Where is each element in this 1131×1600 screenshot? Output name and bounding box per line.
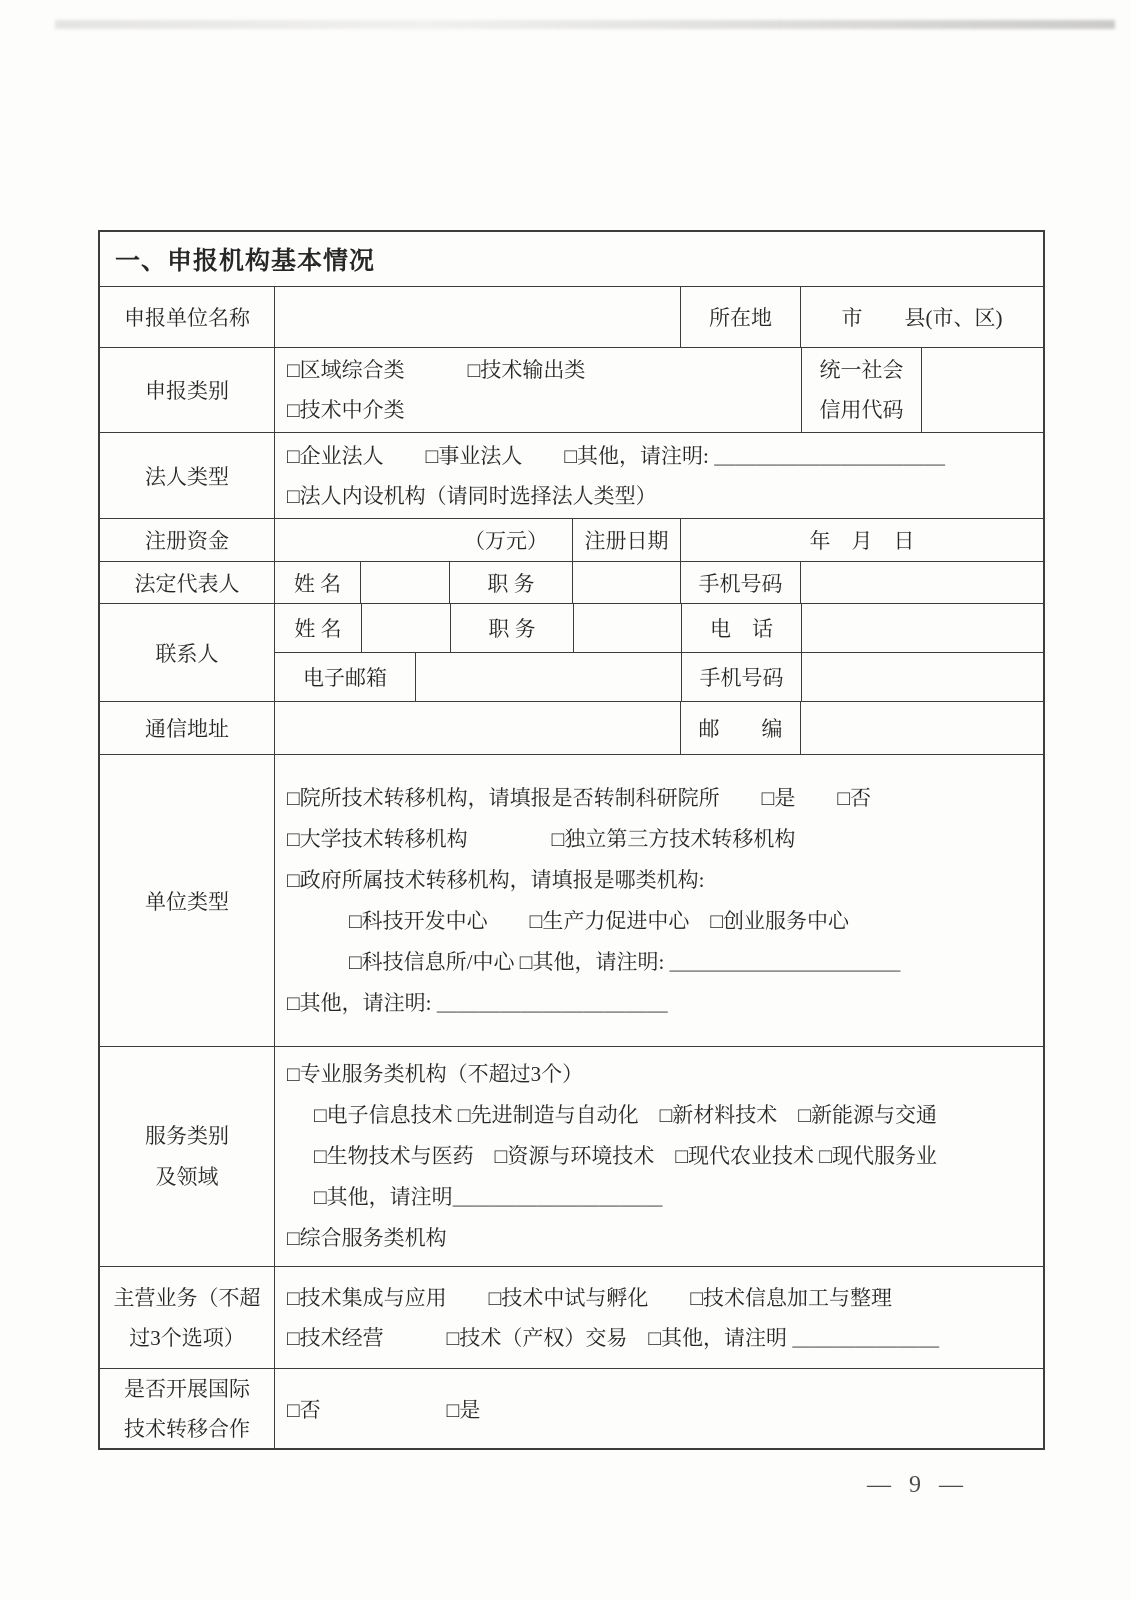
main-business-label: 主营业务（不超 过3个选项） [100,1267,274,1368]
row-mailing-address: 通信地址 邮 编 [100,702,1043,755]
row-service-category: 服务类别 及领域 □专业服务类机构（不超过3个） □电子信息技术 □先进制造与自… [100,1047,1043,1267]
checkbox-line: □大学技术转移机构 □独立第三方技术转移机构 [287,819,795,860]
checkbox-line: □专业服务类机构（不超过3个） [287,1054,583,1095]
checkbox-line: □科技开发中心 □生产力促进中心 □创业服务中心 [287,901,849,942]
rep-title-label: 职 务 [449,562,572,603]
contact-tel-value [801,604,1043,652]
unit-type-options: □院所技术转移机构，请填报是否转制科研院所 □是 □否 □大学技术转移机构 □独… [274,755,1043,1046]
credit-code-label: 统一社会 信用代码 [801,348,921,432]
checkbox-line: □生物技术与医药 □资源与环境技术 □现代农业技术 □现代服务业 [287,1136,937,1177]
scan-artifact [55,20,1115,29]
checkbox-line: □综合服务类机构 [287,1218,447,1259]
row-international-cooperation: 是否开展国际 技术转移合作 □否 □是 [100,1369,1043,1449]
service-category-options: □专业服务类机构（不超过3个） □电子信息技术 □先进制造与自动化 □新材料技术… [274,1047,1043,1266]
checkbox-line: □院所技术转移机构，请填报是否转制科研院所 □是 □否 [287,778,871,819]
international-cooperation-label: 是否开展国际 技术转移合作 [100,1369,274,1449]
registered-capital-unit: （万元） [274,519,572,561]
checkbox-line: □技术集成与应用 □技术中试与孵化 □技术信息加工与整理 [287,1278,892,1318]
credit-code-value [921,348,1043,432]
location-label: 所在地 [680,287,800,347]
row-main-business: 主营业务（不超 过3个选项） □技术集成与应用 □技术中试与孵化 □技术信息加工… [100,1267,1043,1369]
page-number: — 9 — [845,1472,985,1499]
checkbox-line: □技术中介类 [287,390,405,430]
section-title-row: 一、申报机构基本情况 [100,232,1043,287]
application-category-options: □区域综合类 □技术输出类 □技术中介类 [274,348,801,432]
checkbox-line: □区域综合类 □技术输出类 [287,350,585,390]
checkbox-line: □企业法人 □事业法人 □其他，请注明: ＿＿＿＿＿＿＿＿＿＿＿ [287,436,945,476]
service-category-label: 服务类别 及领域 [100,1047,274,1266]
rep-phone-value [800,562,1043,603]
contact-tel-label: 电 话 [681,604,801,652]
rep-name-value [360,562,449,603]
contact-title-label: 职 务 [450,604,573,652]
row-unit-type: 单位类型 □院所技术转移机构，请填报是否转制科研院所 □是 □否 □大学技术转移… [100,755,1043,1047]
contact-phone-value [801,653,1043,701]
contact-email-value [415,653,681,701]
mailing-address-value [274,702,680,754]
international-cooperation-options: □否 □是 [274,1369,1043,1449]
row-registered-capital: 注册资金 （万元） 注册日期 年 月 日 [100,519,1043,562]
mailing-address-label: 通信地址 [100,702,274,754]
legal-entity-type-label: 法人类型 [100,433,274,518]
application-category-label: 申报类别 [100,348,274,432]
postal-code-value [800,702,1043,754]
row-org-name: 申报单位名称 所在地 市 县(市、区) [100,287,1043,348]
org-name-value [274,287,680,347]
section-title: 一、申报机构基本情况 [115,241,375,277]
contact-phone-label: 手机号码 [681,653,801,701]
checkbox-line: □技术经营 □技术（产权）交易 □其他，请注明 ＿＿＿＿＿＿＿ [287,1318,939,1358]
scanned-form-page: 一、申报机构基本情况 申报单位名称 所在地 市 县(市、区) 申报类别 □区域综… [0,0,1131,1600]
org-name-label: 申报单位名称 [100,287,274,347]
legal-entity-type-options: □企业法人 □事业法人 □其他，请注明: ＿＿＿＿＿＿＿＿＿＿＿ □法人内设机构… [274,433,1043,518]
registered-capital-label: 注册资金 [100,519,274,561]
checkbox-line: □科技信息所/中心 □其他，请注明: ＿＿＿＿＿＿＿＿＿＿＿ [287,942,901,983]
contact-name-value [361,604,450,652]
row-legal-representative: 法定代表人 姓 名 职 务 手机号码 [100,562,1043,604]
location-value: 市 县(市、区) [800,287,1043,347]
checkbox-line: □电子信息技术 □先进制造与自动化 □新材料技术 □新能源与交通 [287,1095,937,1136]
checkbox-line: □其他，请注明＿＿＿＿＿＿＿＿＿＿ [287,1177,663,1218]
rep-title-value [572,562,680,603]
postal-code-label: 邮 编 [680,702,800,754]
contact-person-label: 联系人 [100,604,274,701]
contact-email-label: 电子邮箱 [275,653,415,701]
contact-subtable: 姓 名 职 务 电 话 电子邮箱 手机号码 [274,604,1043,701]
rep-phone-label: 手机号码 [680,562,800,603]
contact-title-value [573,604,681,652]
checkbox-line: □法人内设机构（请同时选择法人类型） [287,476,657,516]
checkbox-line: □否 □是 [287,1394,480,1424]
checkbox-line: □政府所属技术转移机构，请填报是哪类机构: [287,860,705,901]
checkbox-line: □其他，请注明: ＿＿＿＿＿＿＿＿＿＿＿ [287,983,668,1024]
registration-date-label: 注册日期 [572,519,680,561]
registration-date-value: 年 月 日 [680,519,1043,561]
contact-name-label: 姓 名 [275,604,361,652]
row-contact-person: 联系人 姓 名 职 务 电 话 电子邮箱 手机号码 [100,604,1043,702]
main-business-options: □技术集成与应用 □技术中试与孵化 □技术信息加工与整理 □技术经营 □技术（产… [274,1267,1043,1368]
contact-subrow-2: 电子邮箱 手机号码 [275,652,1043,701]
unit-type-label: 单位类型 [100,755,274,1046]
rep-name-label: 姓 名 [274,562,360,603]
row-legal-entity-type: 法人类型 □企业法人 □事业法人 □其他，请注明: ＿＿＿＿＿＿＿＿＿＿＿ □法… [100,433,1043,519]
row-application-category: 申报类别 □区域综合类 □技术输出类 □技术中介类 统一社会 信用代码 [100,348,1043,433]
contact-subrow-1: 姓 名 职 务 电 话 [275,604,1043,652]
legal-representative-label: 法定代表人 [100,562,274,603]
form-table: 一、申报机构基本情况 申报单位名称 所在地 市 县(市、区) 申报类别 □区域综… [98,230,1045,1450]
